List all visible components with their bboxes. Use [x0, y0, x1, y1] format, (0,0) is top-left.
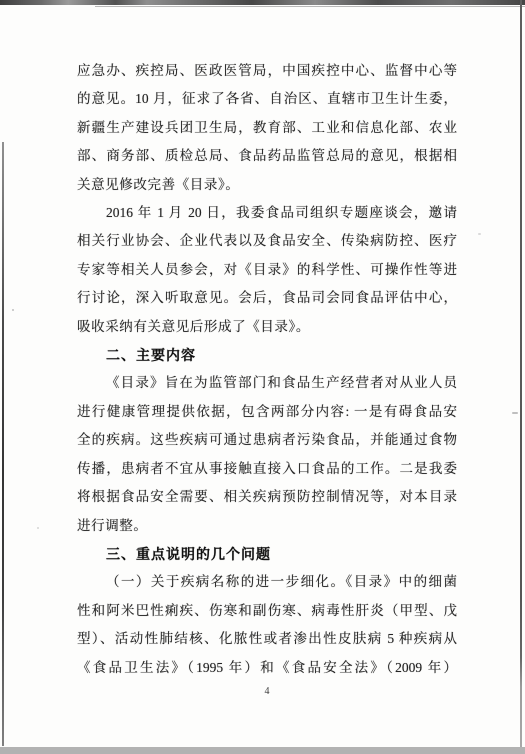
scan-speckle	[478, 233, 481, 235]
text-line: 将根据食品安全需要、相关疾病预防控制情况等，对本目录	[77, 483, 457, 511]
scan-artifact-top-line	[95, 6, 525, 7]
scan-artifact-left-edge	[2, 142, 4, 746]
text-line: 全的疾病。这些疾病可通过患病者污染食品，并能通过食物	[77, 426, 457, 454]
scan-speckle	[37, 527, 39, 529]
text-line: 型）、活动性肺结核、化脓性或者渗出性皮肤病 5 种疾病从	[77, 625, 457, 653]
text-line: 吸收采纳有关意见后形成了《目录》。	[77, 313, 457, 341]
text-line: 行讨论，深入听取意见。会后，食品司会同食品评估中心，	[77, 284, 457, 312]
text-line: 专家等相关人员参会，对《目录》的科学性、可操作性等进	[77, 256, 457, 284]
page-number: 4	[77, 686, 457, 697]
section-heading: 三、重点说明的几个问题	[77, 540, 457, 568]
text-line: 《目录》旨在为监管部门和食品生产经营者对从业人员	[77, 369, 457, 397]
scan-speckle	[12, 309, 14, 311]
section-heading: 二、主要内容	[77, 341, 457, 369]
text-line: 2016 年 1 月 20 日，我委食品司组织专题座谈会，邀请	[77, 199, 457, 227]
text-line: 相关行业协会、企业代表以及食品安全、传染病防控、医疗	[77, 227, 457, 255]
text-line: 关意见修改完善《目录》。	[77, 171, 457, 199]
text-line: 《食品卫生法》（1995 年）和《食品安全法》（2009 年）	[77, 654, 457, 682]
text-line: 传播，患病者不宜从事接触直接入口食品的工作。二是我委	[77, 455, 457, 483]
text-line: （一）关于疾病名称的进一步细化。《目录》中的细菌	[77, 568, 457, 596]
text-line: 应急办、疾控局、医政医管局，中国疾控中心、监督中心等	[77, 57, 457, 85]
text-line: 的意见。10 月，征求了各省、自治区、直辖市卫生计生委，	[77, 85, 457, 113]
text-line: 性和阿米巴性痢疾、伤寒和副伤寒、病毒性肝炎（甲型、戊	[77, 597, 457, 625]
scan-artifact-right-edge	[520, 0, 522, 747]
text-line: 部、商务部、质检总局、食品药品监管总局的意见，根据相	[77, 142, 457, 170]
scan-artifact-bottom-band	[0, 747, 525, 754]
text-line: 进行健康管理提供依据，包含两部分内容: 一是有碍食品安	[77, 398, 457, 426]
text-line: 进行调整。	[77, 512, 457, 540]
scan-speckle	[512, 412, 518, 414]
scanned-page: 应急办、疾控局、医政医管局，中国疾控中心、监督中心等的意见。10 月，征求了各省…	[0, 0, 525, 754]
scan-artifact-top-band	[0, 0, 525, 5]
text-line: 新疆生产建设兵团卫生局，教育部、工业和信息化部、农业	[77, 114, 457, 142]
document-body: 应急办、疾控局、医政医管局，中国疾控中心、监督中心等的意见。10 月，征求了各省…	[77, 57, 457, 682]
